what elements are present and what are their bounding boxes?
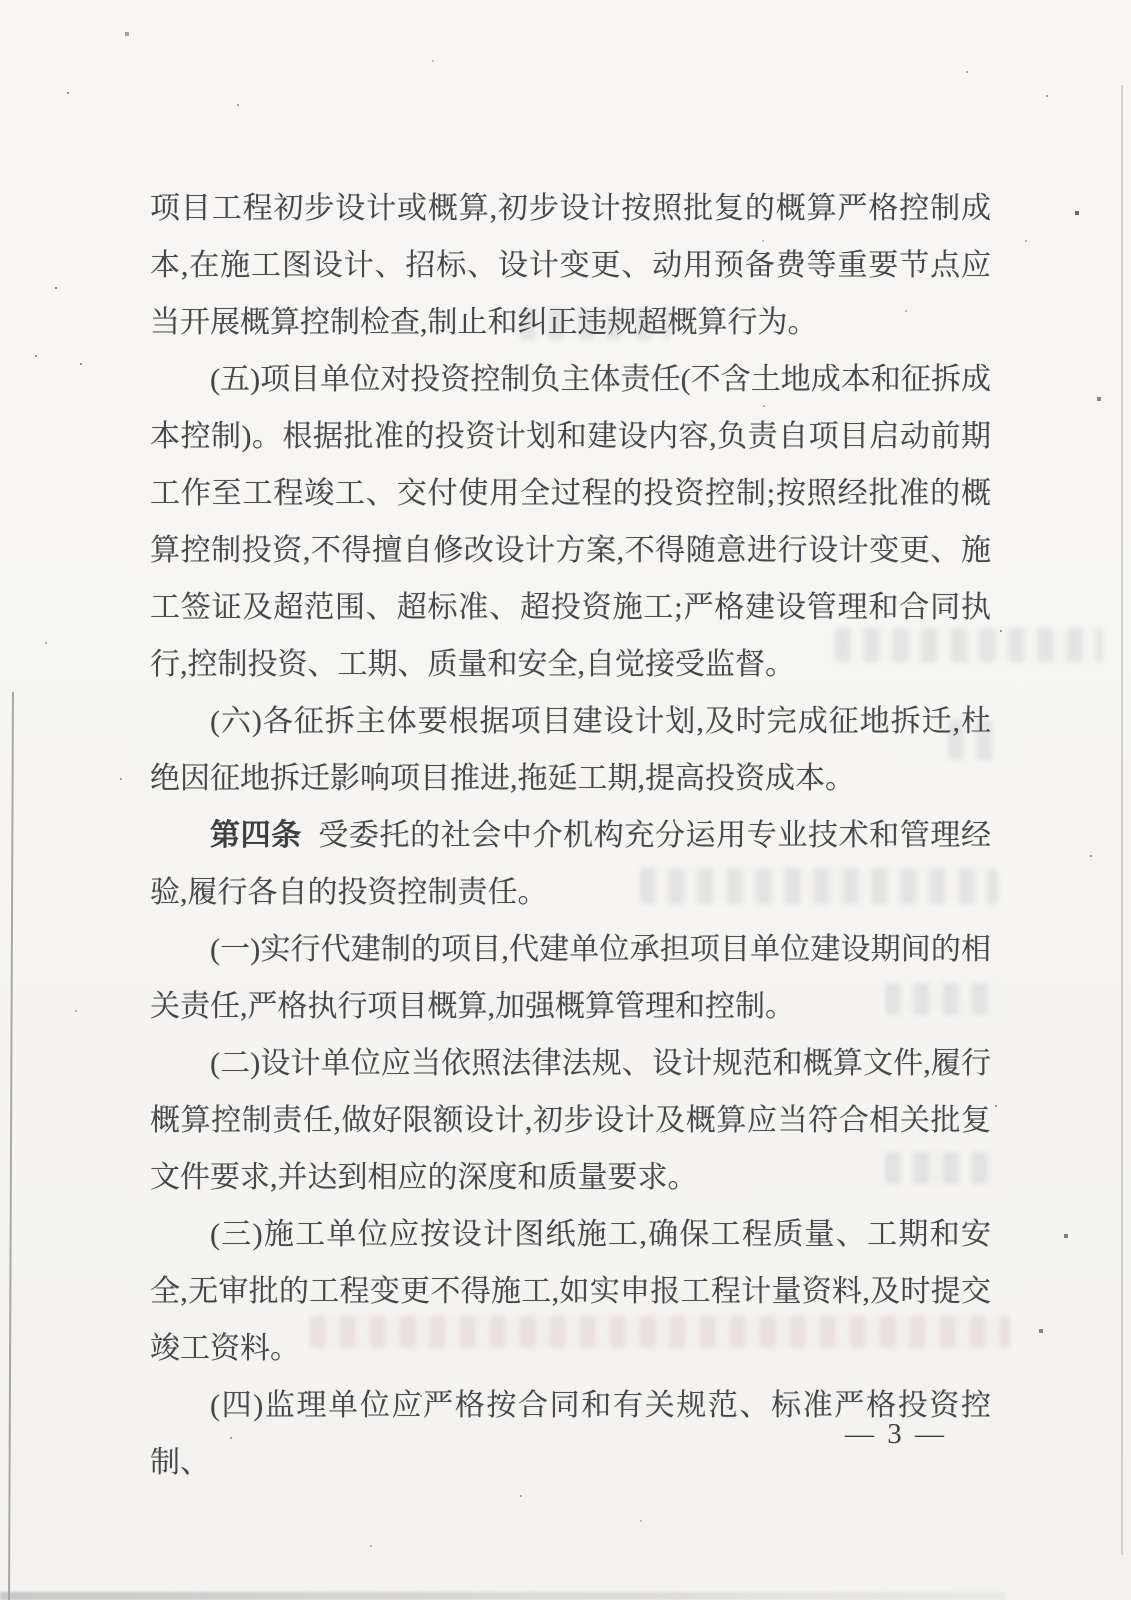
document-text-block: 项目工程初步设计或概算,初步设计按照批复的概算严格控制成本,在施工图设计、招标、… [150, 180, 991, 1491]
scan-edge-bottom [0, 1592, 1005, 1600]
paragraph-item-5: (五)项目单位对投资控制负主体责任(不含土地成本和征拆成本控制)。根据批准的投资… [150, 351, 991, 693]
scan-edge-right [1121, 85, 1123, 1555]
scan-edge-left [8, 692, 14, 1600]
paragraph-article-4: 第四条受委托的社会中介机构充分运用专业技术和管理经验,履行各自的投资控制责任。 [150, 807, 991, 921]
article-number: 第四条 [210, 819, 302, 852]
paragraph-continuation: 项目工程初步设计或概算,初步设计按照批复的概算严格控制成本,在施工图设计、招标、… [150, 180, 991, 351]
paragraph-item-6: (六)各征拆主体要根据项目建设计划,及时完成征地拆迁,杜绝因征地拆迁影响项目推进… [150, 693, 991, 807]
paragraph-item-3: (三)施工单位应按设计图纸施工,确保工程质量、工期和安全,无审批的工程变更不得施… [150, 1206, 991, 1377]
paragraph-item-2: (二)设计单位应当依照法律法规、设计规范和概算文件,履行概算控制责任,做好限额设… [150, 1035, 991, 1206]
page-number: — 3 — [845, 1418, 947, 1451]
scan-noise-specks [0, 0, 2, 2]
scanned-document-page: { "document": { "paragraphs": [ { "text"… [0, 0, 1131, 1600]
paragraph-item-1: (一)实行代建制的项目,代建单位承担项目单位建设期间的相关责任,严格执行项目概算… [150, 921, 991, 1035]
